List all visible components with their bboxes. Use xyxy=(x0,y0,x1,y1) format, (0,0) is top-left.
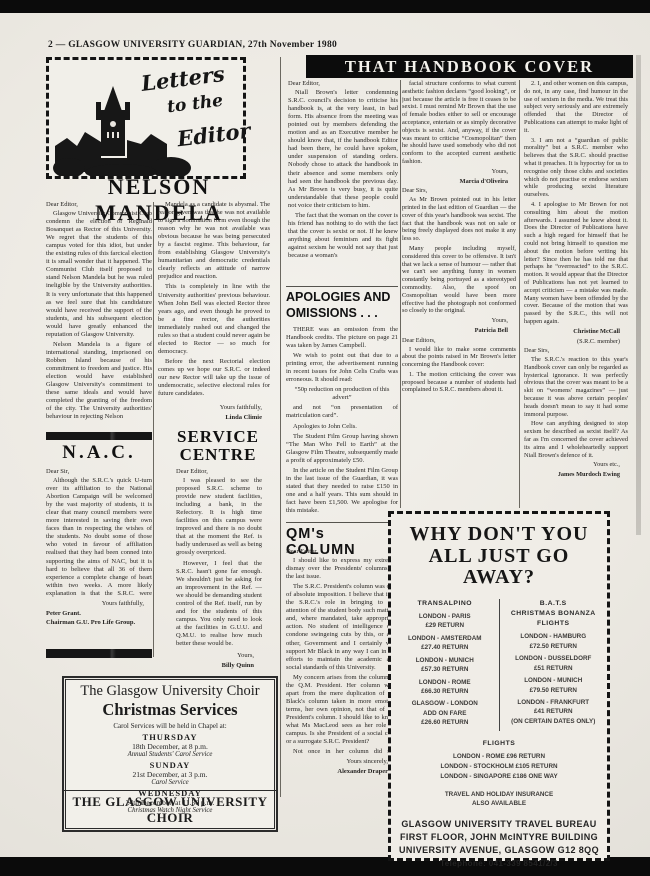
bats-title-line1: B.A.T.S xyxy=(503,599,605,609)
salutation: Dear Editor, xyxy=(286,548,396,556)
fare-route: GLASGOW - LONDON xyxy=(394,699,496,708)
valediction: Yours faithfully, xyxy=(46,600,152,608)
signature-title: (S.R.C. member) xyxy=(524,338,628,346)
signature-name: Peter Grant. xyxy=(46,610,152,618)
flight-line: LONDON - SINGAPORE £186 ONE WAY xyxy=(391,772,607,782)
choir-event-day: SUNDAY xyxy=(64,760,276,770)
bats-column: B.A.T.S CHRISTMAS BONANZA FLIGHTS LONDON… xyxy=(499,599,608,731)
fare-entry: GLASGOW - LONDON ADD ON FARE £26.60 RETU… xyxy=(394,699,496,727)
bats-title-line2: CHRISTMAS BONANZA xyxy=(503,609,605,619)
nac-letter: Dear Sir, Although the S.R.C.'s quick U-… xyxy=(46,468,152,598)
service-centre-headline-line2: CENTRE xyxy=(172,446,264,464)
signature-name: Alexander Draper xyxy=(286,768,396,776)
fare-price: £66.30 RETURN xyxy=(394,687,496,696)
advert-fare-columns: TRANSALPINO LONDON - PARIS £29 RETURN LO… xyxy=(391,599,607,731)
fare-entry: LONDON - FRANKFURT £41 RETURN (ON CERTAI… xyxy=(503,698,605,726)
handbook-letters-col4: facial structure conforms to what curren… xyxy=(402,80,516,508)
service-centre-letter: Dear Editor, I was pleased to see the pr… xyxy=(176,468,262,648)
letter-paragraph: 1. The motion criticising the cover was … xyxy=(402,371,516,394)
handbook-letter-1: Dear Editor, Niall Brown's letter condem… xyxy=(288,80,398,283)
apologies-paragraph: In the article on the Student Film Group… xyxy=(286,467,398,515)
transalpino-title: TRANSALPINO xyxy=(394,599,496,609)
mandela-letter-col1: Dear Editor, Glasgow University Communis… xyxy=(46,201,152,431)
salutation: Dear Editor, xyxy=(46,201,152,209)
signature-title: Chairman G.U. Pro Life Group. xyxy=(46,619,152,627)
handbook-cover-banner: THAT HANDBOOK COVER xyxy=(306,55,633,78)
choir-event-day: THURSDAY xyxy=(64,732,276,742)
service-centre-headline: SERVICE CENTRE xyxy=(172,428,264,464)
scan-right-edge xyxy=(636,55,641,535)
nac-headline: N.A.C. xyxy=(46,442,152,464)
nac-signature: Yours faithfully, Peter Grant. Chairman … xyxy=(46,600,152,646)
fare-entry: LONDON - AMSTERDAM £27.40 RETURN xyxy=(394,634,496,653)
fare-entry: LONDON - DUSSELDORF £51 RETURN xyxy=(503,654,605,673)
choir-event-time: 21st December, at 3 p.m. xyxy=(64,770,276,779)
advert-insurance-block: TRAVEL AND HOLIDAY INSURANCE ALSO AVAILA… xyxy=(391,790,607,810)
fare-entry: LONDON - ROME £66.30 RETURN xyxy=(394,678,496,697)
fare-route: LONDON - FRANKFURT xyxy=(503,698,605,707)
fare-price: £29 RETURN xyxy=(394,621,496,630)
letter-paragraph: Not once in her column did she mention t… xyxy=(286,748,396,756)
fare-entry: LONDON - PARIS £29 RETURN xyxy=(394,612,496,631)
apologies-paragraph: We wish to point out that due to a print… xyxy=(286,352,398,384)
choir-title: The Glasgow University Choir xyxy=(64,683,276,700)
fare-route: LONDON - MUNICH xyxy=(394,656,496,665)
fare-price: £41 RETURN xyxy=(503,707,605,716)
apologies-headline-line1: APOLOGIES AND xyxy=(286,290,398,306)
service-centre-headline-line1: SERVICE xyxy=(172,428,264,446)
apologies-headline: APOLOGIES AND OMISSIONS . . . xyxy=(286,290,398,321)
letter-paragraph: Although the S.R.C.'s quick U-turn over … xyxy=(46,477,152,598)
signature-name: Patricia Bell xyxy=(402,327,516,335)
mandela-signature: Yours faithfully, Linda Climie xyxy=(158,404,270,426)
valediction: Yours, xyxy=(176,652,262,660)
insurance-line1: TRAVEL AND HOLIDAY INSURANCE xyxy=(391,790,607,800)
service-centre-signature: Yours, Billy Quinn xyxy=(176,652,262,676)
bats-title-line3: FLIGHTS xyxy=(503,619,605,629)
valediction: Yours, xyxy=(402,168,516,176)
signature-name: Marcia d'Oliveira xyxy=(402,178,516,186)
choir-christmas-services-box: The Glasgow University Choir Christmas S… xyxy=(62,676,278,832)
letter-paragraph: Niall Brown's letter condemning S.R.C. c… xyxy=(288,89,398,210)
fare-route: LONDON - HAMBURG xyxy=(503,632,605,641)
letter-paragraph: Glasgow University Communist Club condem… xyxy=(46,210,152,339)
fare-note: (ON CERTAIN DATES ONLY) xyxy=(503,717,605,726)
signature-name: James Murdoch Ewing xyxy=(524,471,628,478)
travel-bureau-advert: WHY DON'T YOU ALL JUST GO AWAY? TRANSALP… xyxy=(388,511,610,861)
bureau-address-line2: UNIVERSITY AVENUE, GLASGOW G12 8QQ xyxy=(391,844,607,857)
valediction: Yours sincerely, xyxy=(286,758,396,766)
apologies-quote: “50p reduction on production of this adv… xyxy=(286,386,398,402)
qm-column-letter: Dear Editor, I should like to express my… xyxy=(286,548,396,756)
salutation: Dear Sirs, xyxy=(402,187,516,195)
column-rule xyxy=(519,80,520,508)
letter-paragraph: Nelson Mandela is a figure of internatio… xyxy=(46,341,152,421)
fare-entry: LONDON - MUNICH £79.50 RETURN xyxy=(503,676,605,695)
masthead: 2 — GLASGOW UNIVERSITY GUARDIAN, 27th No… xyxy=(48,40,337,50)
bats-title: B.A.T.S CHRISTMAS BONANZA FLIGHTS xyxy=(503,599,605,630)
fare-price: £57.30 RETURN xyxy=(394,665,496,674)
apologies-paragraph: and not “on presentation of matriculatio… xyxy=(286,404,398,420)
salutation: Dear Editor, xyxy=(288,80,398,88)
letter-paragraph: However, I feel that the S.R.C. hasn't g… xyxy=(176,560,262,648)
column-rule xyxy=(153,202,154,657)
valediction: Yours faithfully, xyxy=(158,404,270,412)
letters-to-the-editor-box: Letters to the Editor xyxy=(46,57,246,179)
letter-paragraph: I was pleased to see the proposed S.R.C.… xyxy=(176,477,262,557)
flight-line: LONDON - ROME £96 RETURN xyxy=(391,752,607,762)
fare-price: £27.40 RETURN xyxy=(394,643,496,652)
letter-paragraph: Mandela as a candidate is abysmal. The r… xyxy=(158,201,270,281)
advert-headline: WHY DON'T YOU ALL JUST GO AWAY? xyxy=(391,524,607,589)
fare-price: £51 RETURN xyxy=(503,664,605,673)
column-rule xyxy=(400,80,401,508)
choir-footer: THE GLASGOW UNIVERSITY CHOIR xyxy=(64,790,276,830)
mandela-letter-col2: Mandela as a candidate is abysmal. The r… xyxy=(158,201,270,404)
apologies-body: THERE was an omission from the Handbook … xyxy=(286,326,398,518)
flights-title: FLIGHTS xyxy=(391,739,607,750)
letter-paragraph: Many people including myself, considered… xyxy=(402,245,516,315)
advert-flights-block: FLIGHTS LONDON - ROME £96 RETURN LONDON … xyxy=(391,739,607,782)
advert-headline-line3: AWAY? xyxy=(391,567,607,589)
choir-subtitle: Christmas Services xyxy=(64,700,276,720)
bureau-name: GLASGOW UNIVERSITY TRAVEL BUREAU xyxy=(391,818,607,831)
letter-paragraph: The S.R.C.'s reaction to this year's Han… xyxy=(524,356,628,418)
apologies-paragraph: Apologies to John Celis. xyxy=(286,423,398,431)
valediction: Yours, xyxy=(402,317,516,325)
valediction: Yours etc., xyxy=(524,461,628,469)
fare-price: £79.50 RETURN xyxy=(503,686,605,695)
flight-line: LONDON - STOCKHOLM £105 RETURN xyxy=(391,762,607,772)
transalpino-column: TRANSALPINO LONDON - PARIS £29 RETURN LO… xyxy=(391,599,499,731)
fare-entry: LONDON - MUNICH £57.30 RETURN xyxy=(394,656,496,675)
letter-paragraph: How can anything designed to stop sexism… xyxy=(524,420,628,459)
choir-event-name: Carol Service xyxy=(64,779,276,786)
choir-event-time: 18th December, at 8 p.m. xyxy=(64,742,276,751)
salutation: Dear Editor, xyxy=(176,468,262,476)
advert-headline-line2: ALL JUST GO xyxy=(391,546,607,568)
insurance-line2: ALSO AVAILABLE xyxy=(391,799,607,809)
letter-paragraph: I should like to express my extreme dism… xyxy=(286,557,396,581)
fare-route: LONDON - DUSSELDORF xyxy=(503,654,605,663)
signature-name: Billy Quinn xyxy=(176,662,262,670)
choir-event-name: Annual Students' Carol Service xyxy=(64,751,276,758)
letter-paragraph: 3. I am not a “guardian of public morali… xyxy=(524,137,628,199)
letter-paragraph: This is completely in line with the Univ… xyxy=(158,283,270,355)
section-rule xyxy=(286,286,398,287)
handbook-letters-col5: 2. I, and other women on this campus, do… xyxy=(524,80,628,478)
qm-signature: Yours sincerely, Alexander Draper xyxy=(286,758,396,782)
letter-paragraph: 4. I apologise to Mr Brown for not consu… xyxy=(524,201,628,326)
bureau-phone: Telephone: 041-339 8541/2/3 xyxy=(391,858,607,870)
apologies-paragraph: The Student Film Group having shown “The… xyxy=(286,433,398,465)
letter-paragraph: Before the next Rectorial election comes… xyxy=(158,358,270,398)
fare-price: £26.60 RETURN xyxy=(394,718,496,727)
advert-address-block: GLASGOW UNIVERSITY TRAVEL BUREAU FIRST F… xyxy=(391,818,607,870)
signature-name: Christine McCall xyxy=(524,328,628,336)
bureau-address-line1: FIRST FLOOR, JOHN McINTYRE BUILDING xyxy=(391,831,607,844)
letter-paragraph: The S.R.C. President's column was one of… xyxy=(286,583,396,672)
letter-paragraph: As Mr Brown pointed out in his letter pr… xyxy=(402,196,516,243)
nac-top-bar xyxy=(46,432,152,440)
choir-intro: Carol Services will be held in Chapel at… xyxy=(64,722,276,730)
fare-route: LONDON - ROME xyxy=(394,678,496,687)
salutation: Dear Sirs, xyxy=(524,347,628,355)
advert-headline-line1: WHY DON'T YOU xyxy=(391,524,607,546)
apologies-headline-line2: OMISSIONS . . . xyxy=(286,306,398,322)
fare-price: £72.50 RETURN xyxy=(503,642,605,651)
section-divider-rule xyxy=(280,57,281,797)
letter-paragraph: The fact that the woman on the cover is … xyxy=(288,212,398,260)
fare-route: LONDON - MUNICH xyxy=(503,676,605,685)
fare-route: LONDON - AMSTERDAM xyxy=(394,634,496,643)
signature-name: Linda Climie xyxy=(158,414,270,422)
letter-paragraph: My concern arises from the column of the… xyxy=(286,674,396,746)
salutation: Dear Editors, xyxy=(402,337,516,345)
apologies-paragraph: THERE was an omission from the Handbook … xyxy=(286,326,398,350)
letter-paragraph: facial structure conforms to what curren… xyxy=(402,80,516,166)
letter-paragraph: I would like to make some comments about… xyxy=(402,346,516,369)
fare-route: LONDON - PARIS xyxy=(394,612,496,621)
scan-top-band xyxy=(0,0,650,13)
nac-bottom-bar xyxy=(46,649,152,658)
section-rule xyxy=(286,522,398,523)
fare-note: ADD ON FARE xyxy=(394,709,496,718)
salutation: Dear Sir, xyxy=(46,468,152,476)
fare-entry: LONDON - HAMBURG £72.50 RETURN xyxy=(503,632,605,651)
letter-paragraph: 2. I, and other women on this campus, do… xyxy=(524,80,628,135)
